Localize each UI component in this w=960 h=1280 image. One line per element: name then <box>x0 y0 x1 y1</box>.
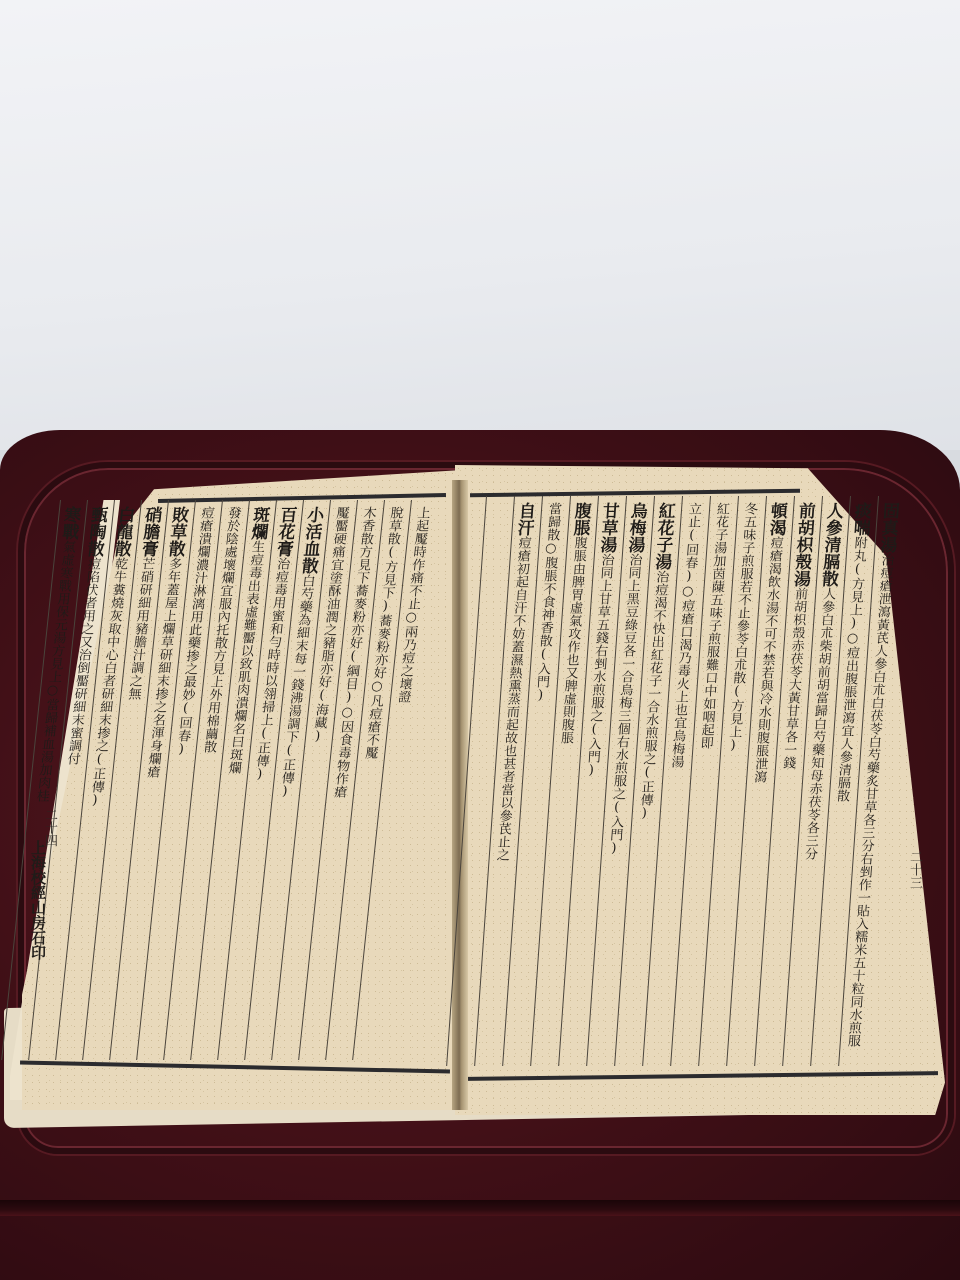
left-page-number: 二十四 <box>40 808 59 847</box>
left-page-text: 寒戰氣虛寒戰用保元湯方見上○當歸補血湯加肉桂 甄陶散痘陷伏者用之又治倒靨研細末蜜… <box>1 500 450 1060</box>
right-page-text: 固真湯治痘瘡泄瀉黃芪人參白朮白茯苓白芍藥炙甘草各三分右剉作一貼入糯米五十粒同水煎… <box>430 496 910 1066</box>
right-page-number: 二十三 <box>905 850 924 889</box>
publisher-imprint: 上海校經山房石印 <box>28 840 49 960</box>
tray-front-edge <box>0 1200 960 1216</box>
wall-background <box>0 0 960 450</box>
